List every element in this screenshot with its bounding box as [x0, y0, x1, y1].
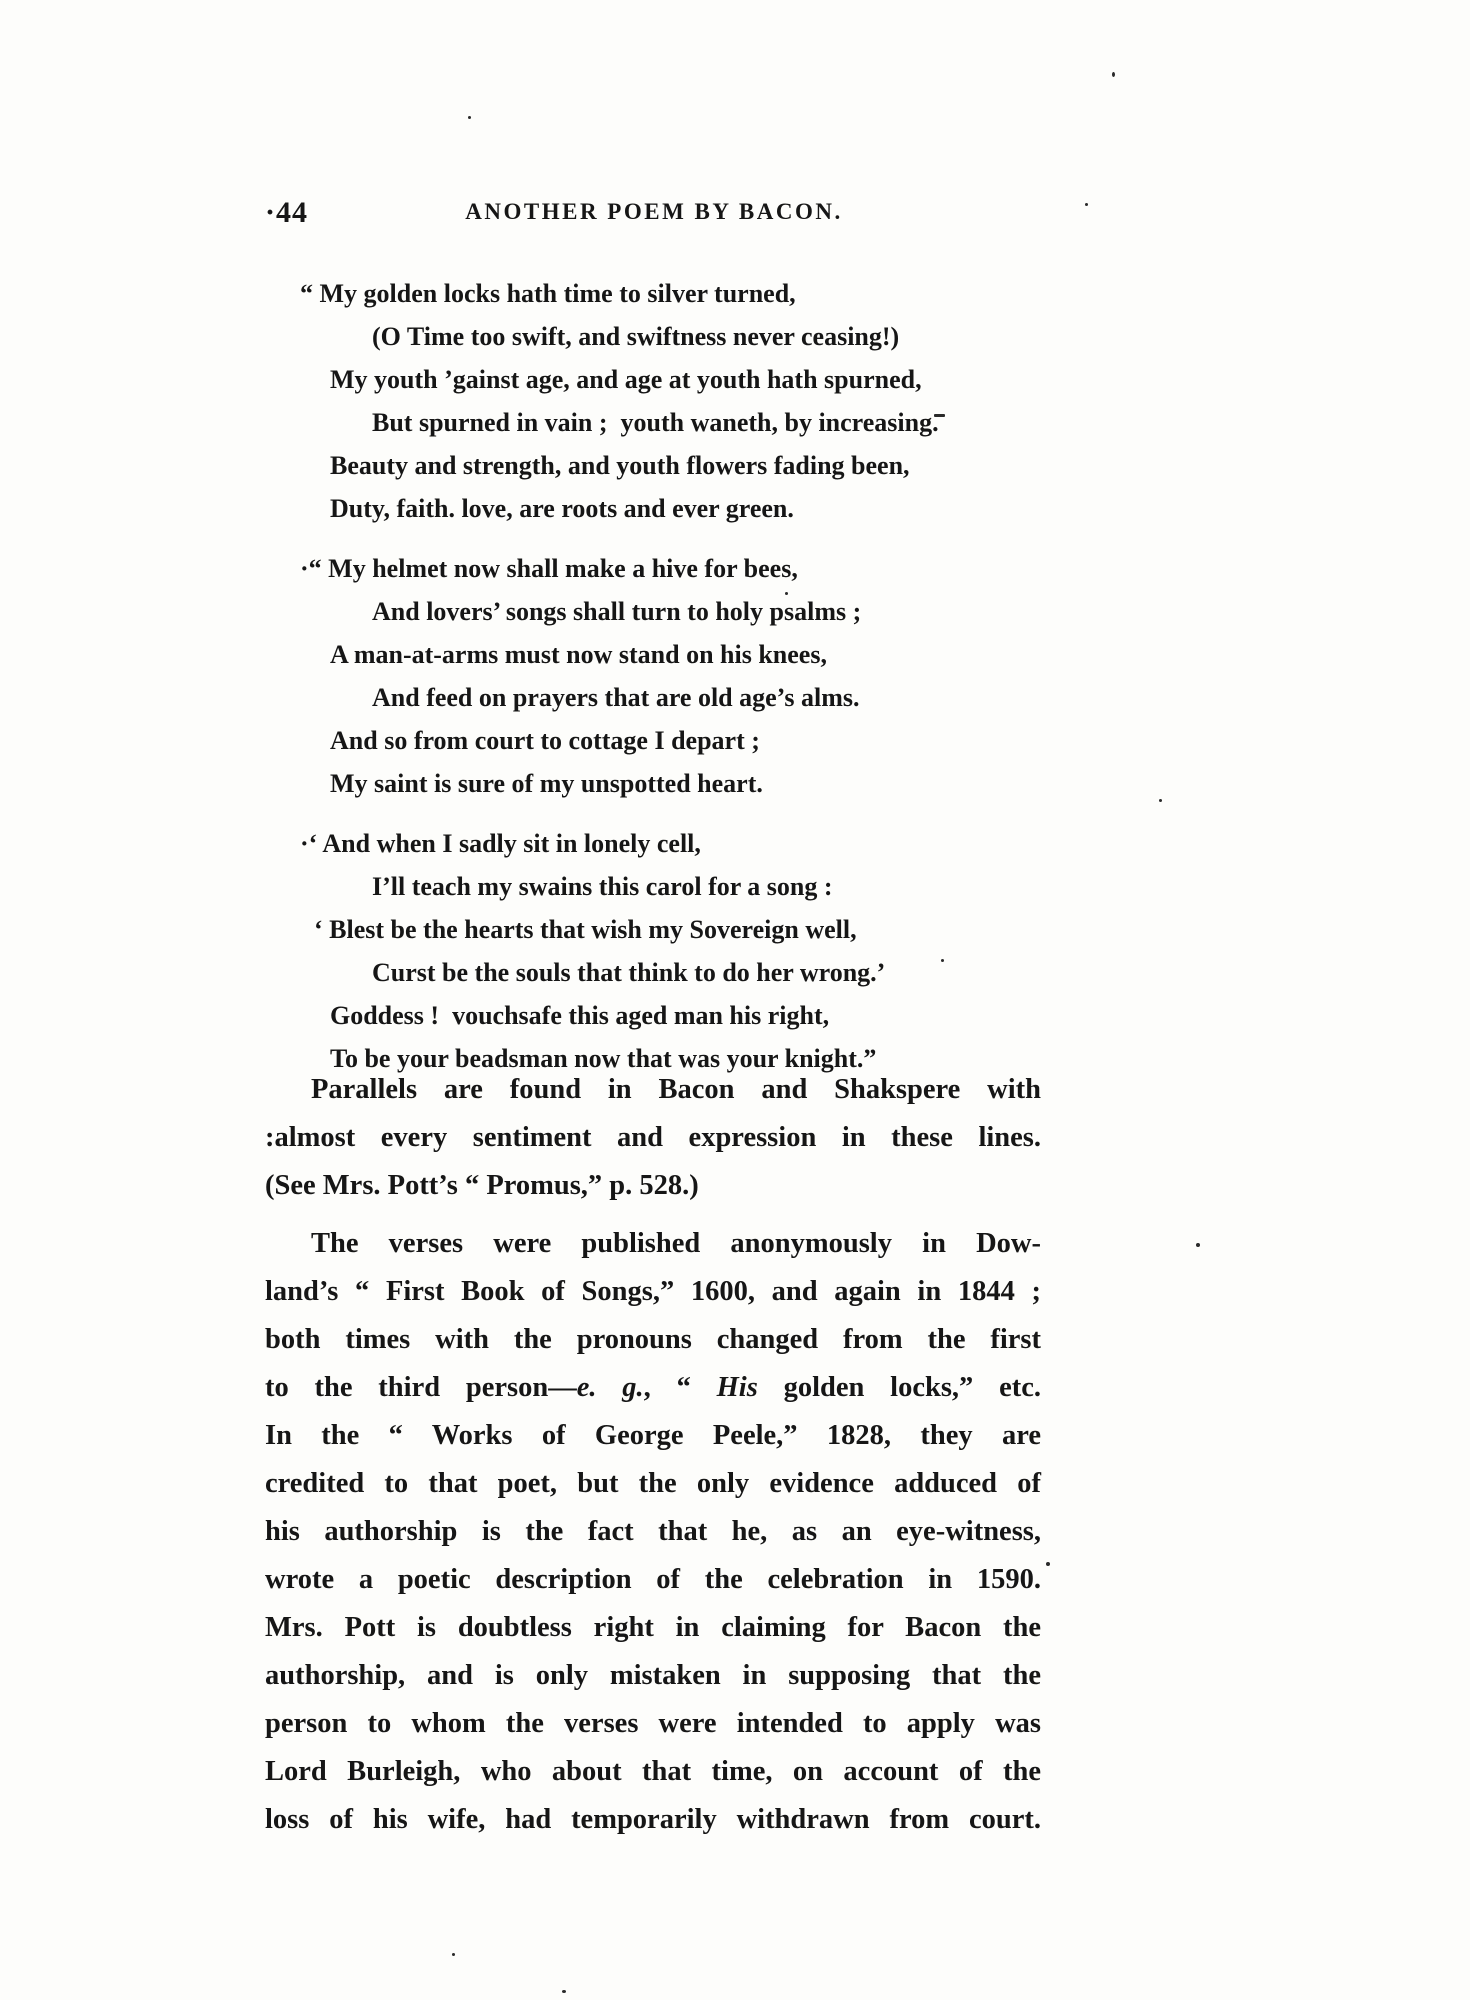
- poem-line: And so from court to cottage I depart ;: [300, 719, 1060, 762]
- scan-speck: [452, 1953, 455, 1956]
- scan-speck: [785, 592, 788, 595]
- scan-speck: [562, 1990, 566, 1993]
- poem-line: ‘ Blest be the hearts that wish my Sover…: [300, 908, 1060, 951]
- poem-line: My saint is sure of my unspotted heart.: [300, 762, 1060, 805]
- prose-line: authorship, and is only mistaken in supp…: [265, 1652, 1041, 1700]
- poem-line: ·“ My helmet now shall make a hive for b…: [300, 547, 1060, 590]
- poem-line: Goddess ! vouchsafe this aged man his ri…: [300, 994, 1060, 1037]
- poem-line: And lovers’ songs shall turn to holy psa…: [300, 590, 1060, 633]
- scan-speck: [1159, 799, 1162, 802]
- prose-line: wrote a poetic description of the celebr…: [265, 1556, 1041, 1604]
- prose-line: both times with the pronouns changed fro…: [265, 1316, 1041, 1364]
- paragraph: Parallels are found in Bacon and Shakspe…: [265, 1066, 1041, 1210]
- running-header: ·44 ANOTHER POEM BY BACON.: [265, 196, 1043, 236]
- poem: “ My golden locks hath time to silver tu…: [300, 272, 1060, 1097]
- prose-line: :almost every sentiment and expression i…: [265, 1114, 1041, 1162]
- paragraph: The verses were published anonymously in…: [265, 1220, 1041, 1844]
- scan-speck: [468, 116, 471, 119]
- poem-line: “ My golden locks hath time to silver tu…: [300, 272, 1060, 315]
- poem-line: I’ll teach my swains this carol for a so…: [300, 865, 1060, 908]
- running-header-title: ANOTHER POEM BY BACON.: [265, 199, 1043, 225]
- prose-line: (See Mrs. Pott’s “ Promus,” p. 528.): [265, 1162, 1041, 1210]
- prose-line: Lord Burleigh, who about that time, on a…: [265, 1748, 1041, 1796]
- poem-line: And feed on prayers that are old age’s a…: [300, 676, 1060, 719]
- poem-line: My youth ’gainst age, and age at youth h…: [300, 358, 1060, 401]
- prose-line: loss of his wife, had temporarily withdr…: [265, 1796, 1041, 1844]
- prose-line: to the third person—e. g., “ His golden …: [265, 1364, 1041, 1412]
- poem-line: A man-at-arms must now stand on his knee…: [300, 633, 1060, 676]
- poem-line: Duty, faith. love, are roots and ever gr…: [300, 487, 1060, 530]
- poem-stanza: ·“ My helmet now shall make a hive for b…: [300, 547, 1060, 805]
- scan-speck: [1112, 72, 1115, 77]
- scan-speck: [1196, 1243, 1200, 1247]
- scan-speck: [941, 959, 944, 962]
- poem-stanza: ·‘ And when I sadly sit in lonely cell,I…: [300, 822, 1060, 1080]
- prose-line: The verses were published anonymously in…: [265, 1220, 1041, 1268]
- book-page: ·44 ANOTHER POEM BY BACON. “ My golden l…: [0, 0, 1470, 2000]
- prose: Parallels are found in Bacon and Shakspe…: [265, 1066, 1041, 1844]
- prose-line: person to whom the verses were intended …: [265, 1700, 1041, 1748]
- scan-speck: [934, 414, 945, 417]
- prose-line: credited to that poet, but the only evid…: [265, 1460, 1041, 1508]
- poem-stanza: “ My golden locks hath time to silver tu…: [300, 272, 1060, 530]
- poem-line: But spurned in vain ; youth waneth, by i…: [300, 401, 1060, 444]
- prose-line: land’s “ First Book of Songs,” 1600, and…: [265, 1268, 1041, 1316]
- poem-line: (O Time too swift, and swiftness never c…: [300, 315, 1060, 358]
- poem-line: ·‘ And when I sadly sit in lonely cell,: [300, 822, 1060, 865]
- prose-line: his authorship is the fact that he, as a…: [265, 1508, 1041, 1556]
- scan-speck: [1085, 203, 1088, 206]
- prose-line: Mrs. Pott is doubtless right in claiming…: [265, 1604, 1041, 1652]
- poem-line: Curst be the souls that think to do her …: [300, 951, 1060, 994]
- prose-line: In the “ Works of George Peele,” 1828, t…: [265, 1412, 1041, 1460]
- prose-line: Parallels are found in Bacon and Shakspe…: [265, 1066, 1041, 1114]
- scan-speck: [1046, 1562, 1050, 1566]
- poem-line: Beauty and strength, and youth flowers f…: [300, 444, 1060, 487]
